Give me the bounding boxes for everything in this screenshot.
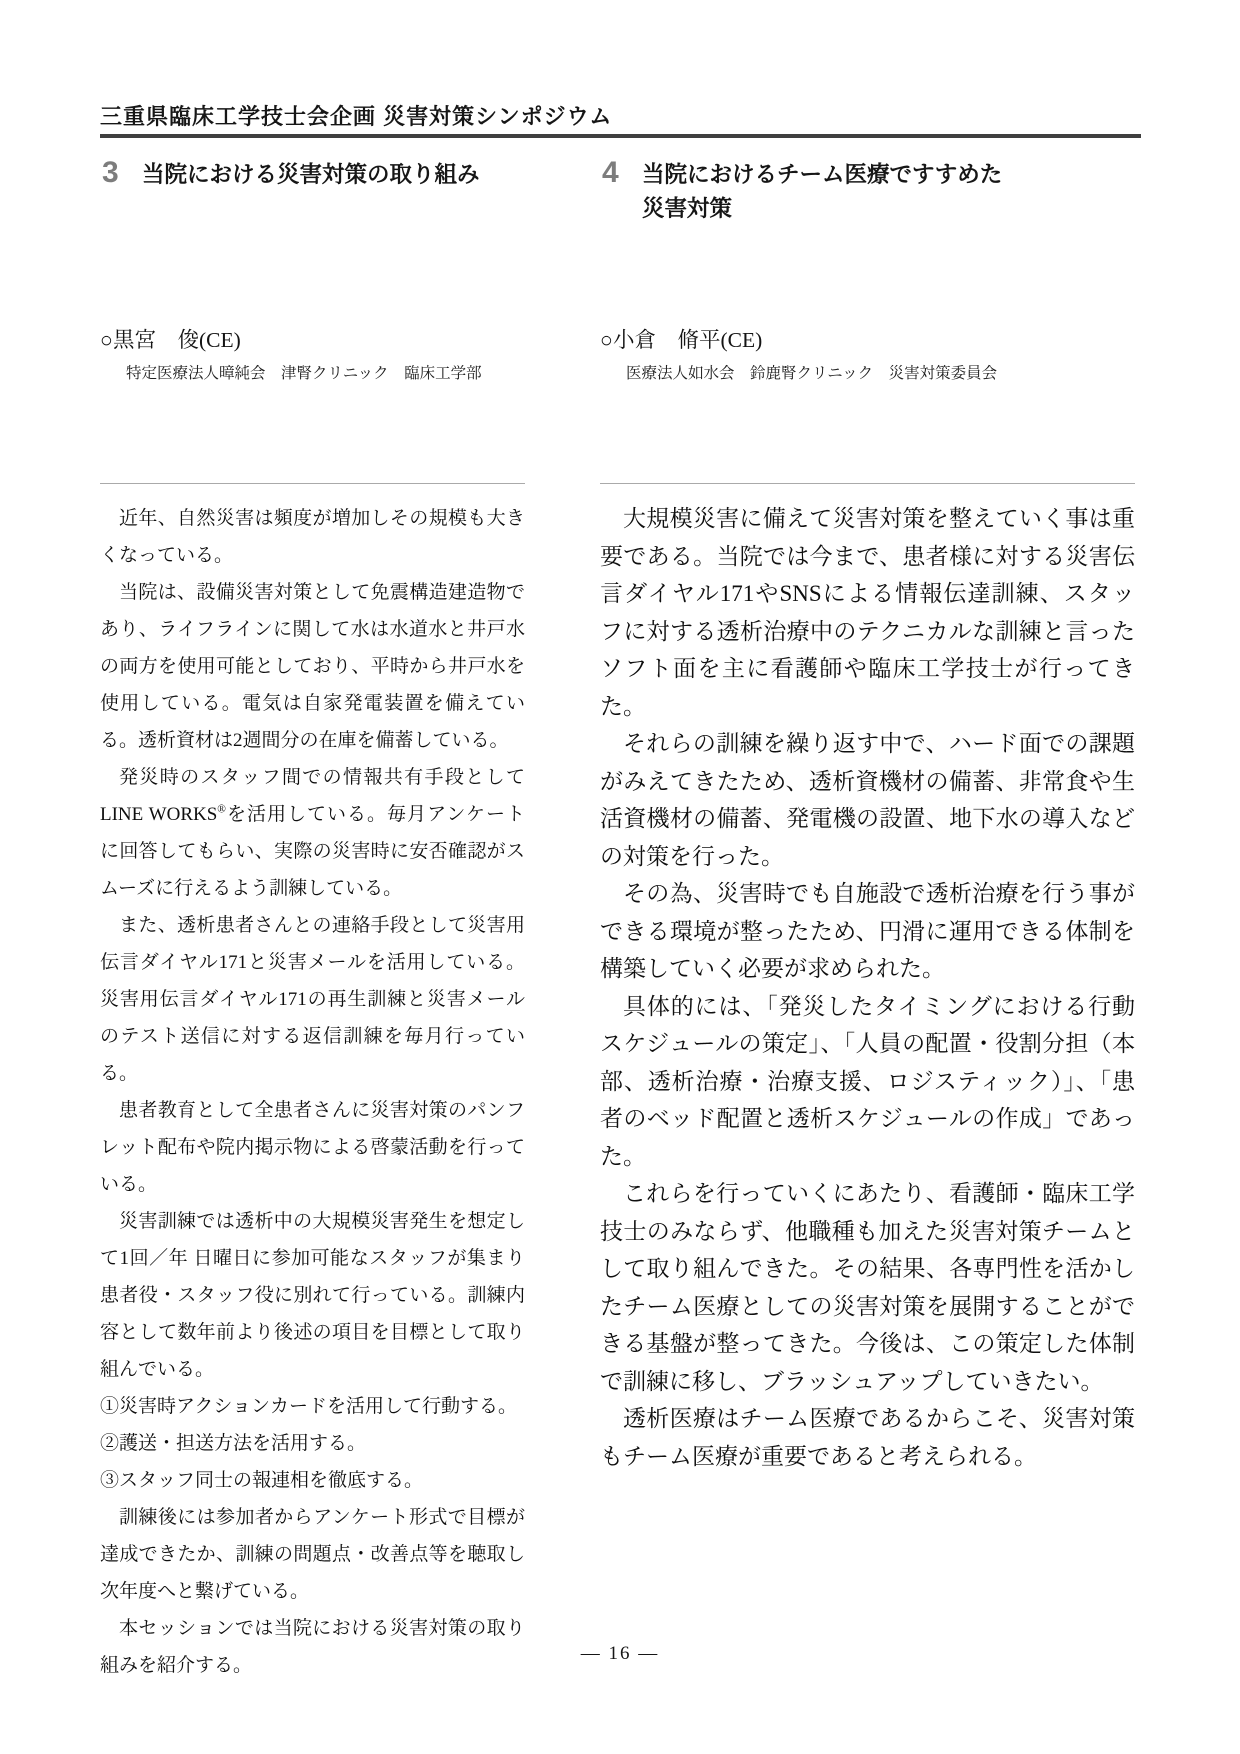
abstract-number: 4: [600, 157, 642, 189]
document-page: 三重県臨床工学技士会企画 災害対策シンポジウム 3 当院における災害対策の取り組…: [0, 0, 1240, 1754]
column-rule: [100, 483, 525, 484]
body-paragraph: 患者教育として全患者さんに災害対策のパンフレット配布や院内掲示物による啓蒙活動を…: [100, 1092, 525, 1203]
body-paragraph: また、透析患者さんとの連絡手段として災害用伝言ダイヤル171と災害メールを活用し…: [100, 907, 525, 1092]
abstract-3-heading: 3 当院における災害対策の取り組み: [100, 157, 525, 192]
page-number: — 16 —: [581, 1643, 660, 1664]
body-paragraph: これらを行っていくにあたり、看護師・臨床工学技士のみならず、他職種も加えた災害対…: [600, 1175, 1135, 1400]
author-affiliation: 特定医療法人暲純会 津腎クリニック 臨床工学部: [126, 364, 482, 384]
column-rule: [600, 483, 1135, 484]
body-paragraph: 透析医療はチーム医療であるからこそ、災害対策もチーム医療が重要であると考えられる…: [600, 1400, 1135, 1475]
abstract-3-section: 3 当院における災害対策の取り組み ○黒宮 俊(CE) 特定医療法人暲純会 津腎…: [100, 157, 525, 192]
abstract-4-heading: 4 当院におけるチーム医療ですすめた災害対策: [600, 157, 1135, 226]
author-name: ○小倉 脩平(CE): [600, 325, 997, 355]
author-affiliation: 医療法人如水会 鈴鹿腎クリニック 災害対策委員会: [626, 364, 997, 384]
body-paragraph: ③スタッフ同士の報連相を徹底する。: [100, 1462, 525, 1499]
author-block: ○黒宮 俊(CE) 特定医療法人暲純会 津腎クリニック 臨床工学部: [100, 325, 482, 384]
body-paragraph: 近年、自然災害は頻度が増加しその規模も大きくなっている。: [100, 500, 525, 574]
abstract-4-section: 4 当院におけるチーム医療ですすめた災害対策 ○小倉 脩平(CE) 医療法人如水…: [600, 157, 1135, 226]
body-paragraph: 当院は、設備災害対策として免震構造建造物であり、ライフラインに関して水は水道水と…: [100, 574, 525, 759]
body-paragraph: 具体的には、「発災したタイミングにおける行動スケジュールの策定」、「人員の配置・…: [600, 988, 1135, 1176]
body-paragraph: 災害訓練では透析中の大規模災害発生を想定して1回／年 日曜日に参加可能なスタッフ…: [100, 1203, 525, 1388]
abstract-title: 当院における災害対策の取り組み: [142, 157, 480, 192]
body-paragraph: 訓練後には参加者からアンケート形式で目標が達成できたか、訓練の問題点・改善点等を…: [100, 1499, 525, 1610]
body-paragraph: 大規模災害に備えて災害対策を整えていく事は重要である。当院では今まで、患者様に対…: [600, 500, 1135, 725]
abstract-number: 3: [100, 157, 142, 189]
body-paragraph: それらの訓練を繰り返す中で、ハード面での課題がみえてきたため、透析資機材の備蓄、…: [600, 725, 1135, 875]
author-name: ○黒宮 俊(CE): [100, 325, 482, 355]
symposium-header-title: 三重県臨床工学技士会企画 災害対策シンポジウム: [100, 100, 612, 131]
body-paragraph: ②護送・担送方法を活用する。: [100, 1425, 525, 1462]
header-rule: [100, 134, 1141, 138]
abstract-body: 近年、自然災害は頻度が増加しその規模も大きくなっている。当院は、設備災害対策とし…: [100, 500, 525, 1684]
body-paragraph: ①災害時アクションカードを活用して行動する。: [100, 1388, 525, 1425]
body-paragraph: 発災時のスタッフ間での情報共有手段としてLINE WORKS®を活用している。毎…: [100, 759, 525, 907]
author-block: ○小倉 脩平(CE) 医療法人如水会 鈴鹿腎クリニック 災害対策委員会: [600, 325, 997, 384]
abstract-title: 当院におけるチーム医療ですすめた災害対策: [642, 157, 1020, 226]
page-footer: — 16 —: [0, 1643, 1240, 1665]
abstract-body: 大規模災害に備えて災害対策を整えていく事は重要である。当院では今まで、患者様に対…: [600, 500, 1135, 1475]
body-paragraph: その為、災害時でも自施設で透析治療を行う事ができる環境が整ったため、円滑に運用で…: [600, 875, 1135, 988]
